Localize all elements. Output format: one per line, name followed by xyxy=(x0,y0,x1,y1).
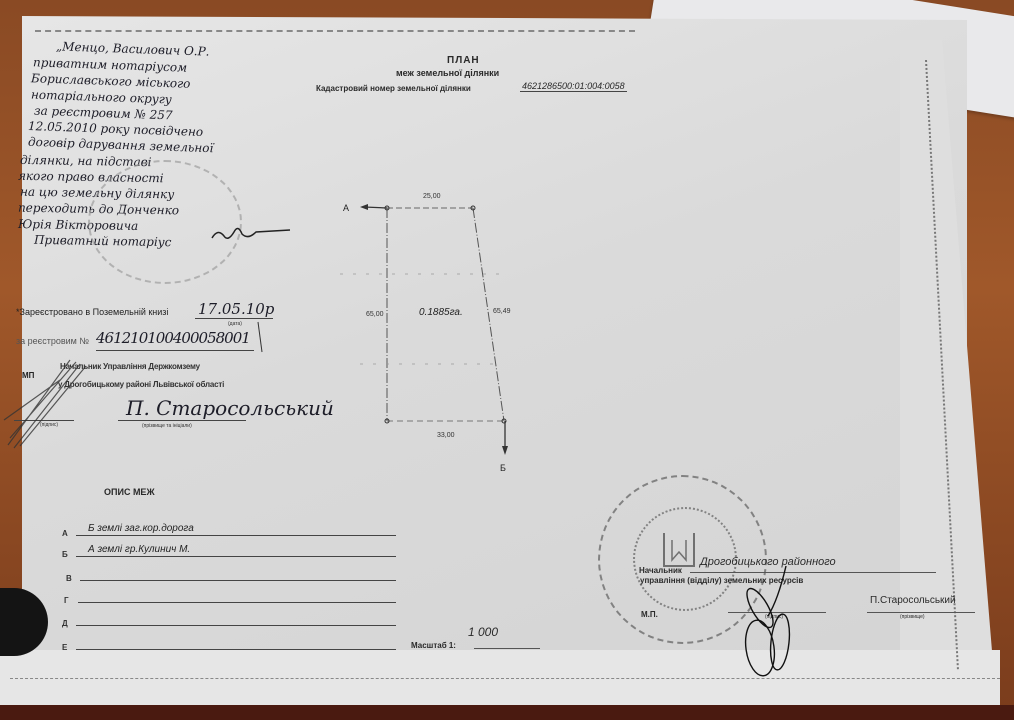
mp-label: МП xyxy=(22,371,34,380)
approval-signature-caption: (підпис) xyxy=(765,614,783,620)
boundary-row: БА землі гр.Кулинич М. xyxy=(62,543,396,557)
registration-chief-line2: у Дрогобицькому районі Львівської област… xyxy=(58,380,224,389)
boundary-letter: Е xyxy=(62,643,67,652)
desk-edge xyxy=(0,705,1014,720)
approval-name-line xyxy=(867,612,975,613)
reg-number-label: за реєстровим № xyxy=(16,336,89,346)
scale-value: 1 000 xyxy=(468,625,498,639)
registration-name-caption: (прізвище та ініціали) xyxy=(142,423,192,429)
boundary-line xyxy=(76,625,396,626)
notary-stamp xyxy=(88,160,242,284)
mp-label-approval: М.П. xyxy=(641,610,658,619)
boundary-row: Г xyxy=(64,589,396,603)
cadastral-number: 4621286500:01:004:0058 xyxy=(520,81,627,92)
point-b-label: Б xyxy=(500,463,506,473)
side-length-bottom: 33,00 xyxy=(437,432,455,439)
boundary-letter: Д xyxy=(62,619,68,628)
registered-date-line xyxy=(195,318,273,319)
side-length-right: 65,49 xyxy=(493,308,511,315)
approval-signature-line xyxy=(728,612,826,613)
boundary-line xyxy=(78,602,396,603)
boundary-row: Д xyxy=(62,612,396,626)
date-caption: (дата) xyxy=(228,321,242,327)
document-title: ПЛАН xyxy=(447,55,480,66)
registration-name-handwritten: П. Старосольський xyxy=(126,396,334,420)
scale-label: Масштаб 1: xyxy=(411,641,456,650)
scale-line xyxy=(474,648,540,649)
boundary-row: В xyxy=(66,567,396,581)
point-a-label: А xyxy=(343,203,349,213)
boundary-text: Б землі заг.кор.дорога xyxy=(88,523,194,534)
side-length-top: 25,00 xyxy=(423,193,441,200)
plot-area: 0.1885га. xyxy=(419,307,463,318)
boundary-letter: А xyxy=(62,529,68,538)
approval-name-caption: (прізвище) xyxy=(900,614,925,620)
boundary-row: Е xyxy=(62,636,396,650)
chief-line xyxy=(690,572,936,573)
registration-chief-line1: Начальник Управління Держкомзему xyxy=(60,362,200,371)
boundary-line xyxy=(76,535,396,536)
document-subtitle: меж земельної ділянки xyxy=(396,68,499,78)
registered-label: *Зареєстровано в Поземельній книзі xyxy=(16,307,168,317)
reg-number-line xyxy=(96,350,254,351)
boundary-letter: Г xyxy=(64,596,69,605)
boundary-letter: Б xyxy=(62,550,68,559)
boundary-line xyxy=(76,556,396,557)
boundary-line xyxy=(76,649,396,650)
chief-label: Начальник xyxy=(639,566,682,575)
frame-border-top xyxy=(35,30,635,32)
cadastral-label: Кадастровий номер земельної ділянки xyxy=(316,84,471,93)
side-length-left: 65,00 xyxy=(366,311,384,318)
boundary-text: А землі гр.Кулинич М. xyxy=(88,544,190,555)
reg-number: 461210100400058001 xyxy=(96,329,250,347)
chief-value: Дрогобицького районного xyxy=(700,556,836,568)
registration-signature-line xyxy=(14,420,74,421)
approval-name: П.Старосольський xyxy=(870,595,956,606)
boundary-line xyxy=(80,580,396,581)
department-label: управління (відділу) земельних ресурсів xyxy=(640,576,803,585)
registered-date: 17.05.10р xyxy=(198,300,274,318)
registration-name-line xyxy=(118,420,246,421)
registration-signature-caption: (підпис) xyxy=(40,422,58,428)
boundary-letter: В xyxy=(66,574,72,583)
boundary-row: АБ землі заг.кор.дорога xyxy=(62,522,396,536)
boundaries-title: ОПИС МЕЖ xyxy=(104,487,155,497)
frame-border-bottom xyxy=(10,678,1000,679)
